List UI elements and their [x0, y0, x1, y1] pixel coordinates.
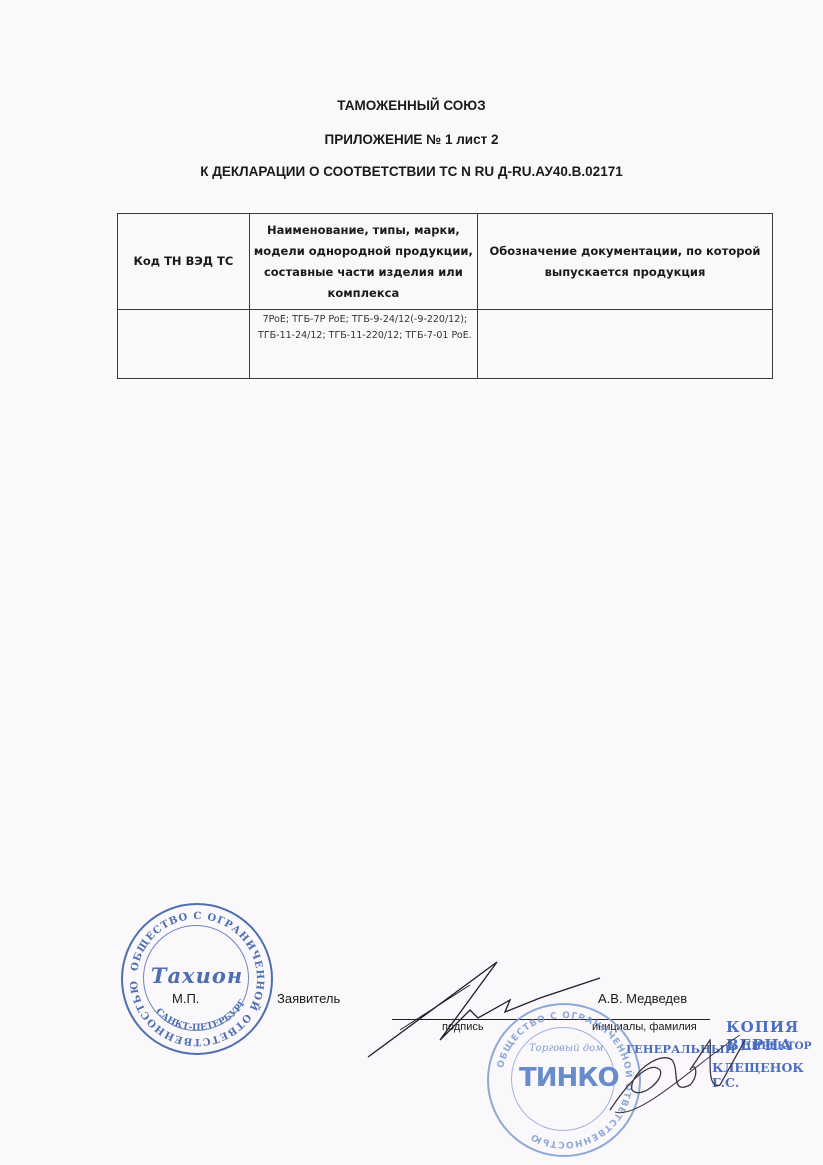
signature-caption: подпись [442, 1021, 484, 1033]
stamp-subtitle: Торговый дом [529, 1043, 603, 1054]
stamp-brand: ТИНКО [519, 1063, 619, 1093]
cell-documentation [477, 310, 772, 379]
stamp-company-name: Тахион [123, 963, 271, 988]
stamp-place-label: М.П. [172, 991, 199, 1006]
customs-union-title: ТАМОЖЕННЫЙ СОЮЗ [0, 98, 823, 113]
cell-products: 7PoE; ТГБ-7Р PoE; ТГБ-9-24/12(-9-220/12)… [249, 310, 477, 379]
table-row: 7PoE; ТГБ-7Р PoE; ТГБ-9-24/12(-9-220/12)… [118, 310, 773, 379]
director-role-text: ДИРЕКТОР [742, 1040, 812, 1052]
column-header-documentation: Обозначение документации, по которой вып… [477, 214, 772, 310]
column-header-products: Наименование, типы, марки, модели одноро… [249, 214, 477, 310]
company-stamp-tachyon: ОБЩЕСТВО С ОГРАНИЧЕННОЙ ОТВЕТСТВЕННОСТЬЮ… [121, 903, 273, 1055]
declaration-title: К ДЕКЛАРАЦИИ О СООТВЕТСТВИИ ТС N RU Д-RU… [0, 164, 823, 179]
appendix-title: ПРИЛОЖЕНИЕ № 1 лист 2 [0, 132, 823, 147]
applicant-name: А.В. Медведев [598, 991, 687, 1006]
applicant-label: Заявитель [277, 991, 340, 1006]
director-title-text: ГЕНЕРАЛЬНЫЙ [626, 1042, 736, 1056]
table-header-row: Код ТН ВЭД ТС Наименование, типы, марки,… [118, 214, 773, 310]
product-table: Код ТН ВЭД ТС Наименование, типы, марки,… [117, 213, 773, 379]
cell-code [118, 310, 250, 379]
column-header-code: Код ТН ВЭД ТС [118, 214, 250, 310]
director-name-text: КЛЕЩЕНОК Г.С. [712, 1060, 823, 1090]
company-stamp-tinko: ОБЩЕСТВО С ОГРАНИЧЕННОЙ ОТВЕТСТВЕННОСТЬЮ… [487, 1003, 641, 1157]
